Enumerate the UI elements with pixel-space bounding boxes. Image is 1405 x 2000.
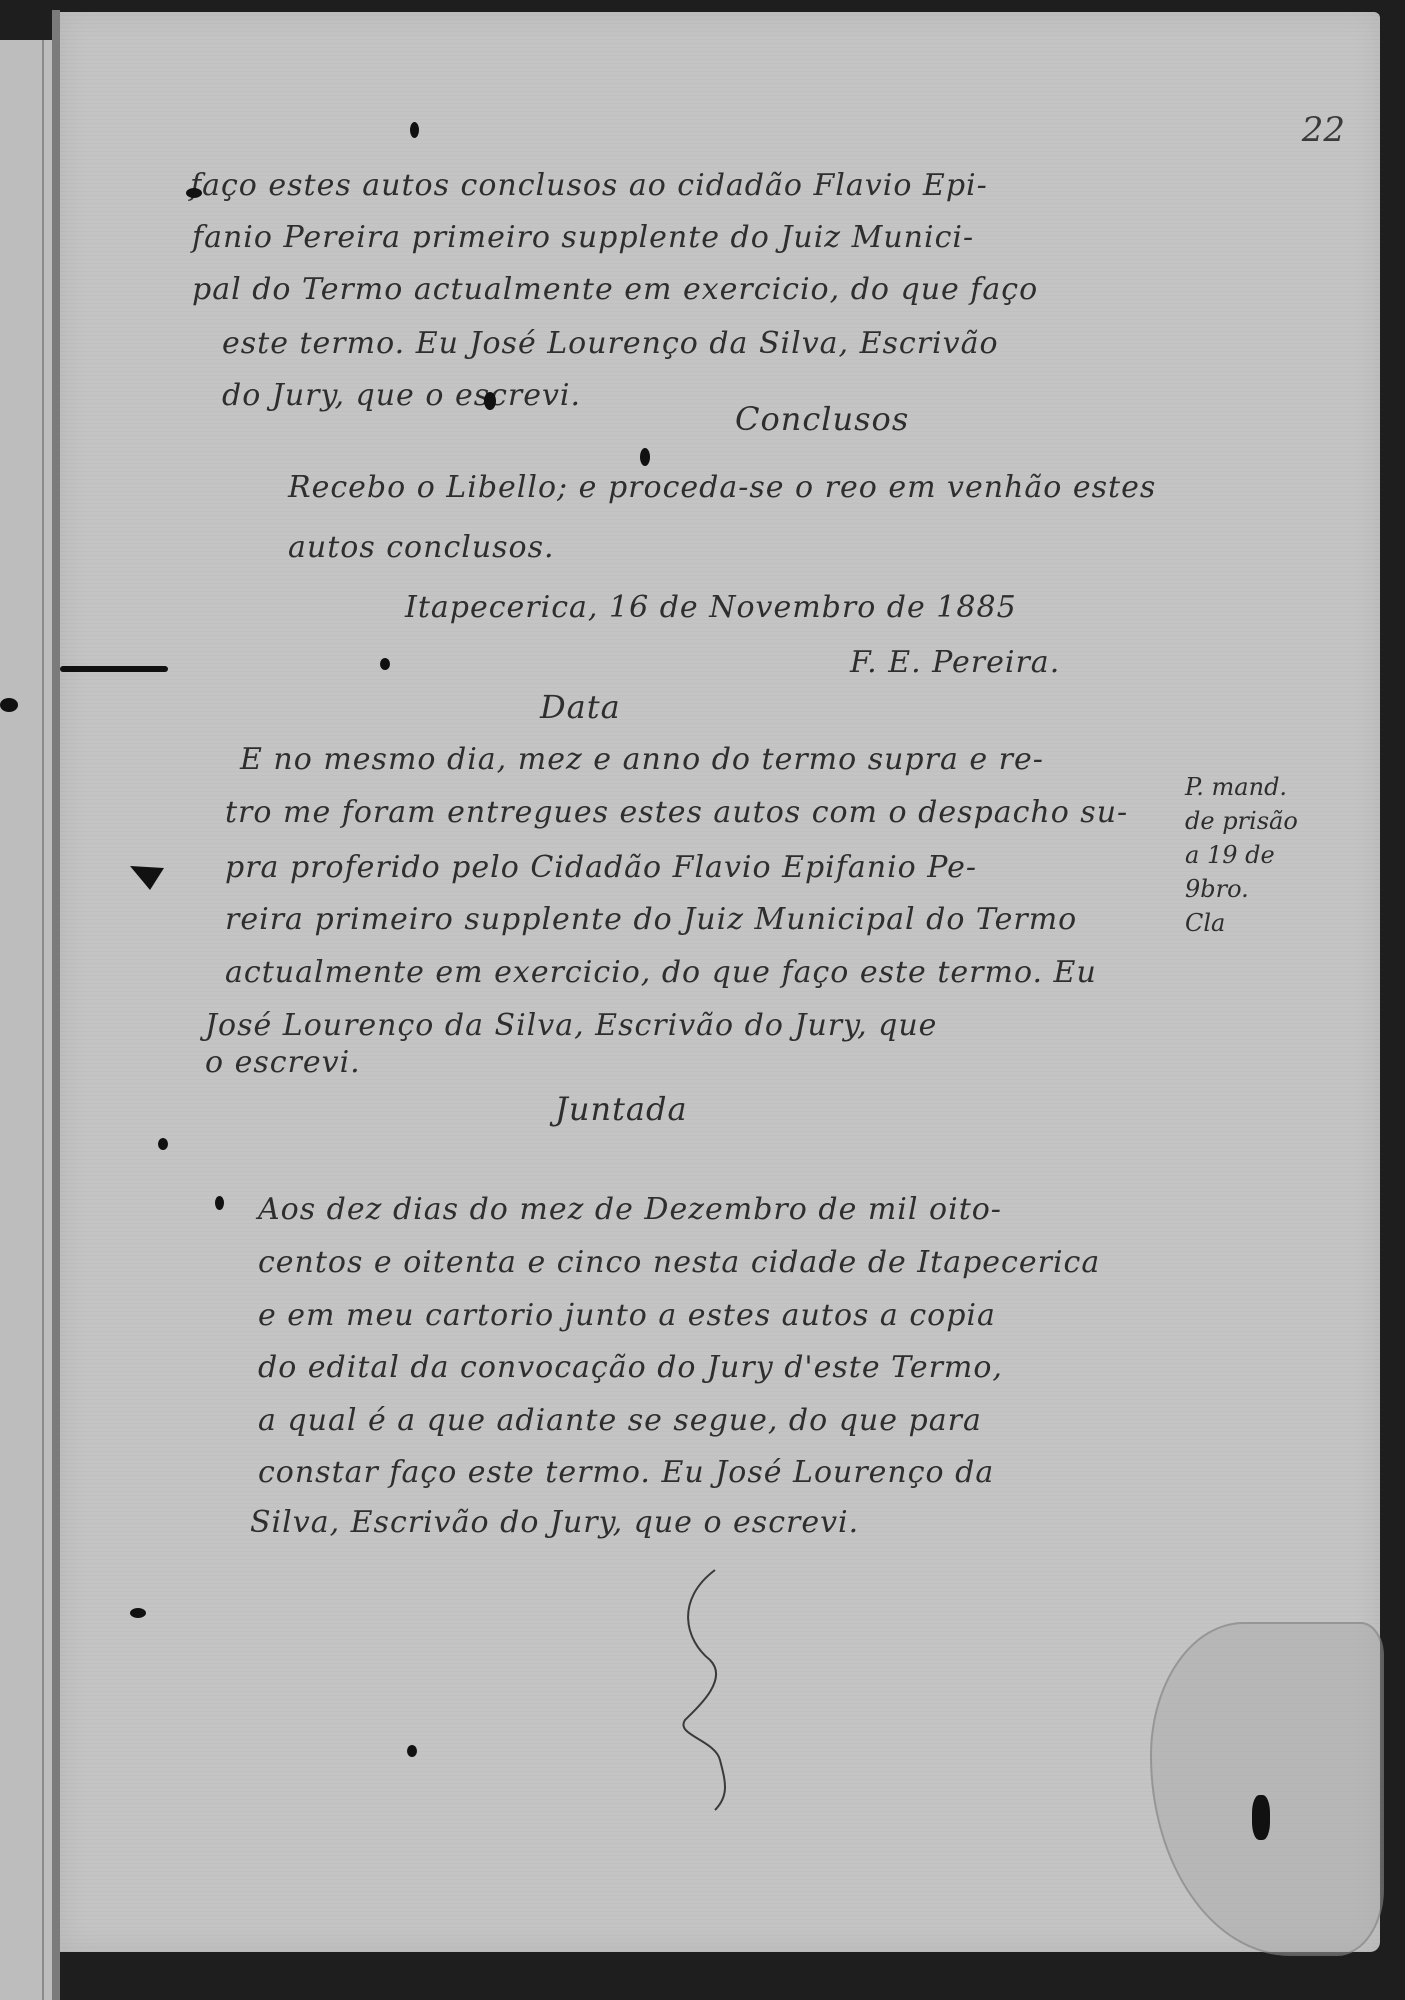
text-line: pal do Termo actualmente em exercicio, d… bbox=[192, 272, 1038, 307]
text-line: este termo. Eu José Lourenço da Silva, E… bbox=[222, 326, 999, 361]
signature: F. E. Pereira. bbox=[850, 645, 1060, 680]
text-line: Aos dez dias do mez de Dezembro de mil o… bbox=[258, 1192, 1002, 1227]
closing-flourish-icon bbox=[655, 1560, 765, 1820]
ink-streak bbox=[60, 666, 168, 672]
text-line: do edital da convocação do Jury d'este T… bbox=[258, 1350, 1003, 1385]
ink-dot bbox=[407, 1745, 417, 1757]
margin-note-line: 9bro. bbox=[1185, 872, 1315, 906]
text-line: Silva, Escrivão do Jury, que o escrevi. bbox=[250, 1505, 859, 1540]
margin-note-line: a 19 de bbox=[1185, 838, 1315, 872]
text-line: autos conclusos. bbox=[288, 530, 555, 565]
text-line: José Lourenço da Silva, Escrivão do Jury… bbox=[205, 1008, 937, 1043]
text-line: centos e oitenta e cinco nesta cidade de… bbox=[258, 1245, 1100, 1280]
text-line: constar faço este termo. Eu José Lourenç… bbox=[258, 1455, 994, 1490]
text-line: a qual é a que adiante se segue, do que … bbox=[258, 1403, 982, 1438]
text-line: e em meu cartorio junto a estes autos a … bbox=[258, 1298, 996, 1333]
ink-dot bbox=[0, 698, 18, 712]
text-line: Recebo o Libello; e proceda-se o reo em … bbox=[288, 470, 1156, 505]
ink-dot bbox=[640, 448, 650, 466]
text-line: actualmente em exercicio, do que faço es… bbox=[225, 955, 1097, 990]
ink-dot bbox=[130, 1608, 146, 1618]
margin-note-line: de prisão bbox=[1185, 804, 1315, 838]
heading-conclusos: Conclusos bbox=[735, 400, 909, 438]
text-line: tro me foram entregues estes autos com o… bbox=[225, 795, 1128, 830]
margin-note-line: P. mand. bbox=[1185, 770, 1315, 804]
place-date: Itapecerica, 16 de Novembro de 1885 bbox=[405, 590, 1017, 625]
text-line: E no mesmo dia, mez e anno do termo supr… bbox=[240, 742, 1044, 777]
binding-edge-line bbox=[42, 40, 44, 2000]
text-line: do Jury, que o escrevi. bbox=[222, 378, 581, 413]
text-line: faço estes autos conclusos ao cidadão Fl… bbox=[190, 168, 988, 203]
triangle-mark-icon bbox=[128, 862, 168, 892]
text-line: pra proferido pelo Cidadão Flavio Epifan… bbox=[225, 850, 977, 885]
margin-note-line: Cla bbox=[1185, 906, 1315, 940]
binding-left-page bbox=[0, 40, 56, 2000]
text-line: reira primeiro supplente do Juiz Municip… bbox=[225, 902, 1077, 937]
binding-spine bbox=[52, 10, 60, 2000]
folio-number: 22 bbox=[1302, 110, 1345, 150]
text-line: o escrevi. bbox=[205, 1045, 361, 1080]
margin-note: P. mand. de prisão a 19 de 9bro. Cla bbox=[1185, 770, 1315, 940]
heading-juntada: Juntada bbox=[555, 1090, 688, 1128]
ink-dot bbox=[380, 658, 390, 670]
ink-dot bbox=[410, 122, 419, 138]
ink-dot bbox=[215, 1196, 224, 1210]
ink-blot bbox=[1252, 1795, 1270, 1840]
ink-dot bbox=[158, 1138, 168, 1150]
ink-dot bbox=[186, 188, 202, 198]
text-line: fanio Pereira primeiro supplente do Juiz… bbox=[192, 220, 974, 255]
heading-data: Data bbox=[540, 688, 621, 726]
ink-dot bbox=[484, 392, 496, 410]
